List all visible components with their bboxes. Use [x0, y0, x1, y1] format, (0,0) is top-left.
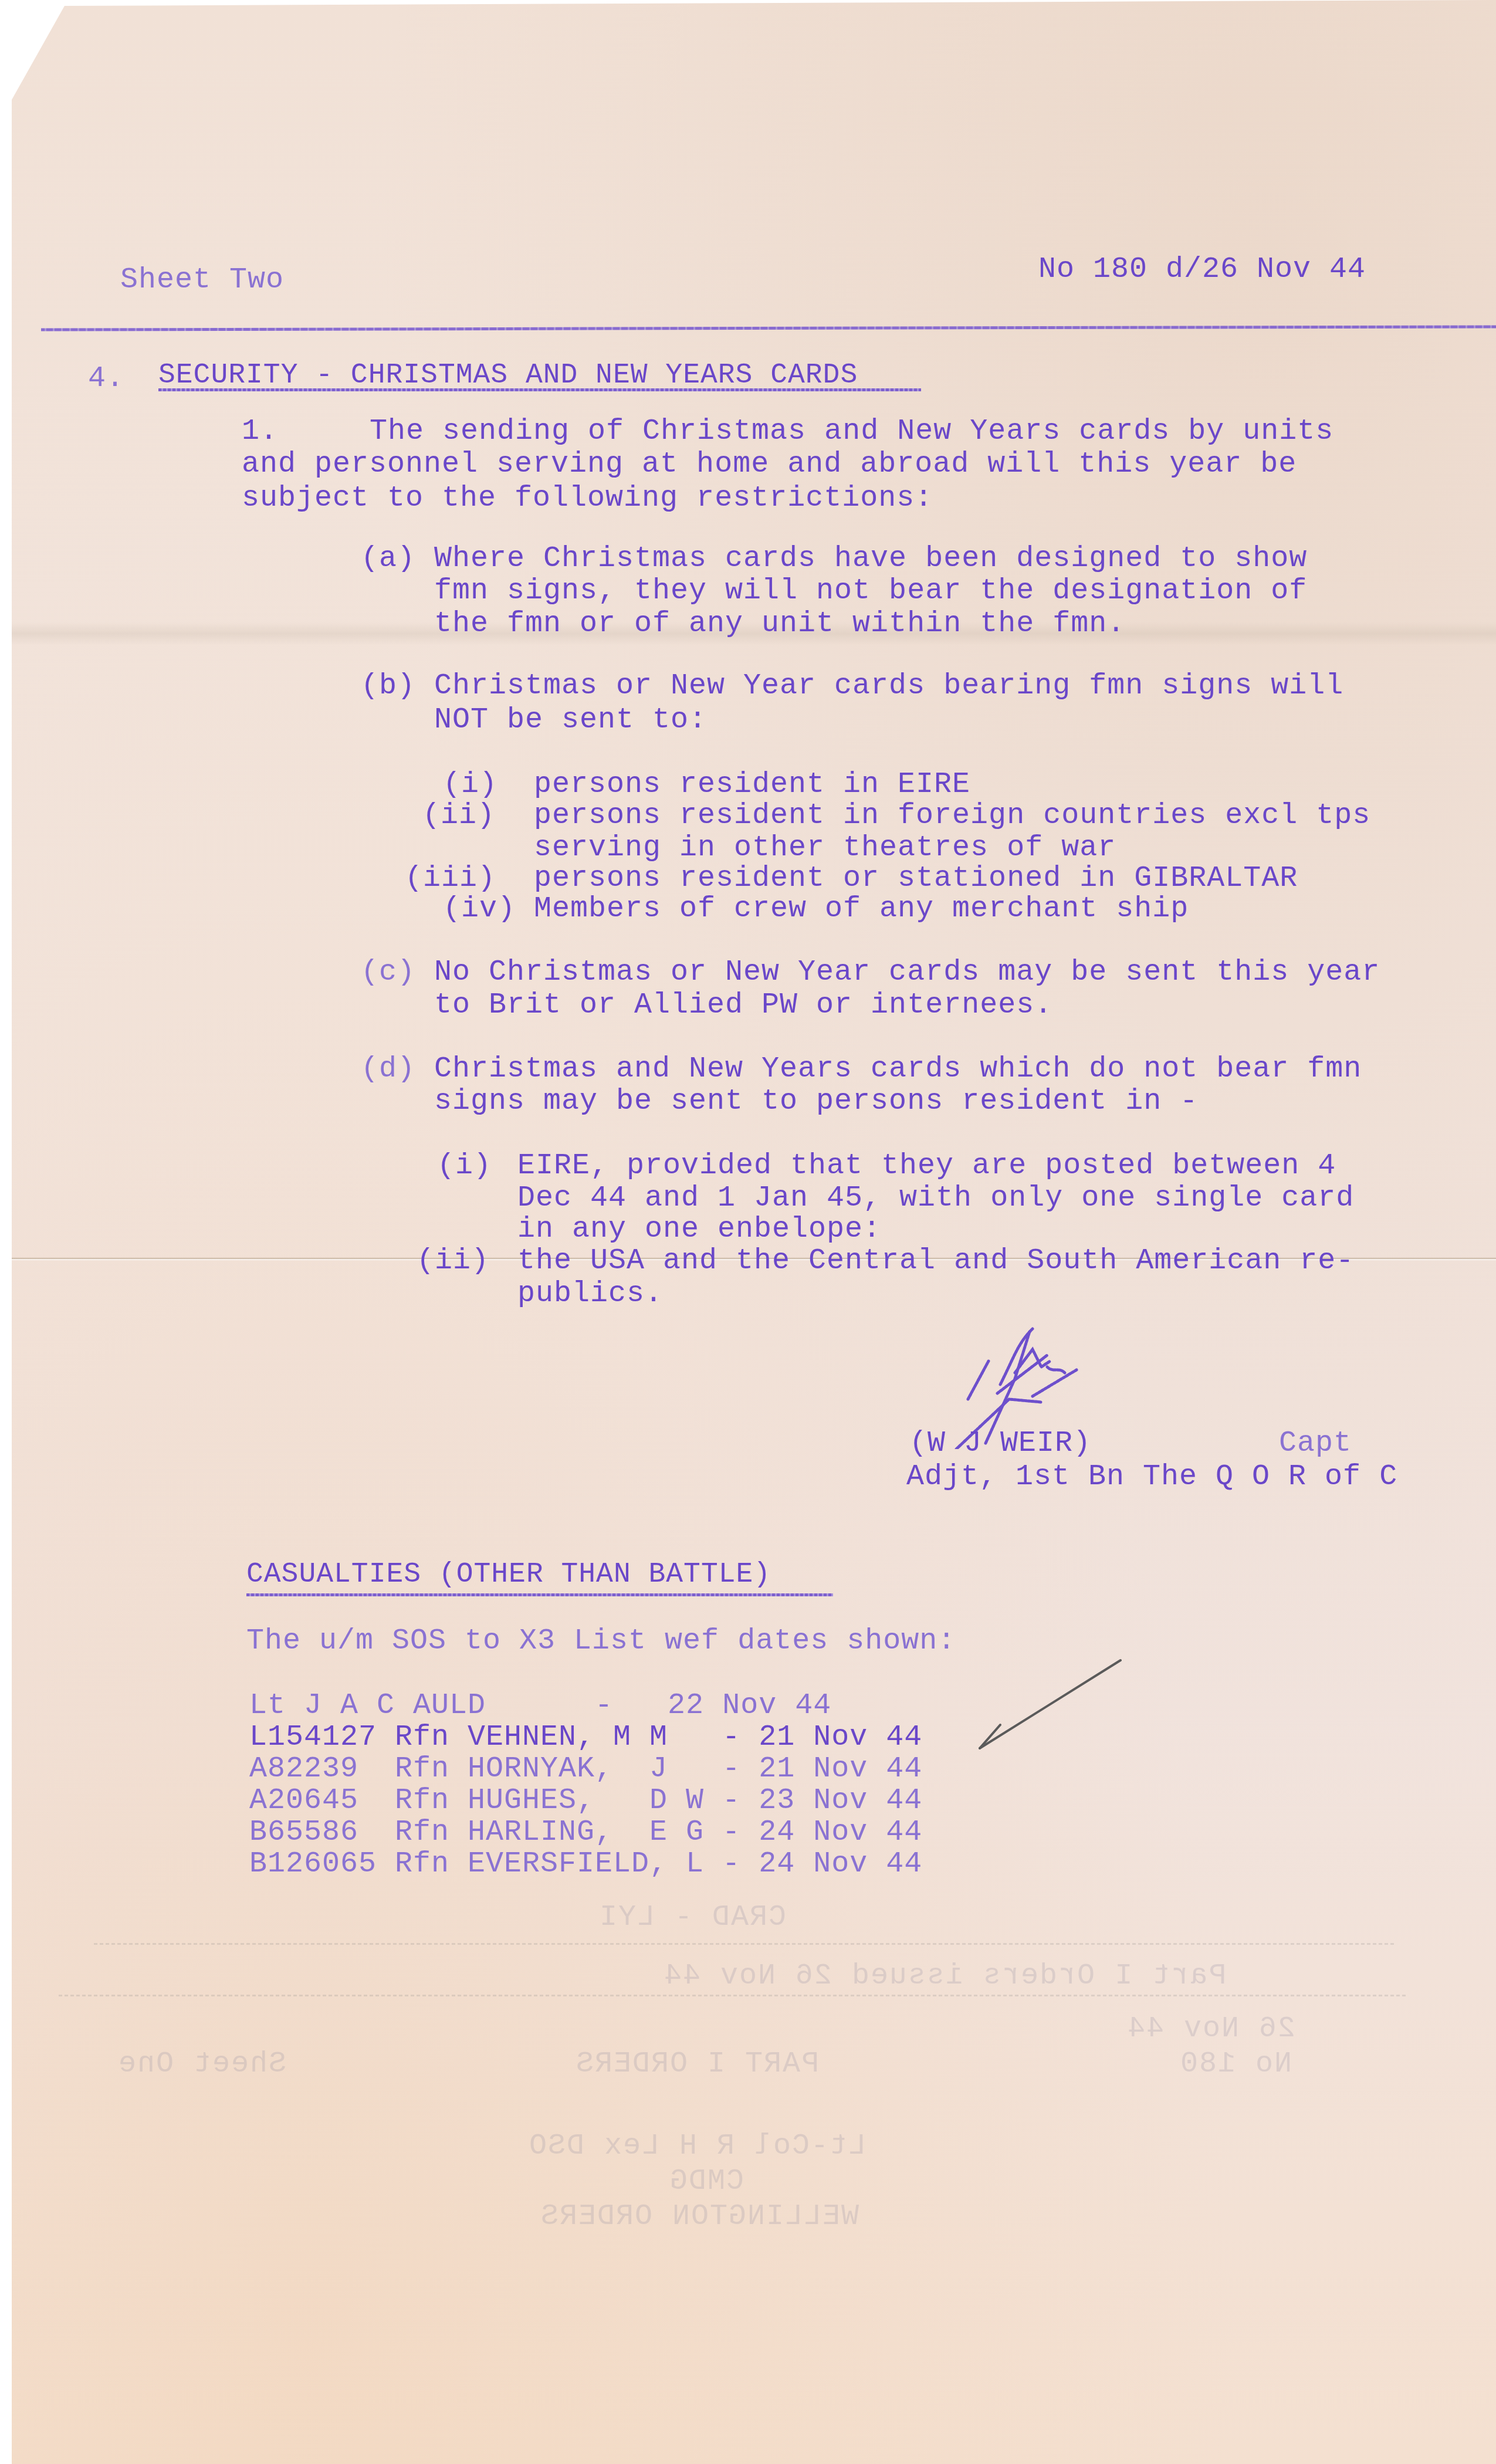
- item-d-i-text: EIRE, provided that they are posted betw…: [517, 1150, 1336, 1183]
- section-number: 4.: [88, 363, 124, 395]
- item-b-iv-label: (iv): [443, 893, 516, 926]
- item-d-ii-text: the USA and the Central and South Americ…: [517, 1245, 1354, 1278]
- item-c-line: No Christmas or New Year cards may be se…: [434, 956, 1380, 989]
- casualty-row: A82239 Rfn HORNYAK, J - 21 Nov 44: [249, 1753, 922, 1786]
- casualties-title-underline: [246, 1593, 833, 1596]
- casualties-intro: The u/m SOS to X3 List wef dates shown:: [246, 1625, 956, 1658]
- para1-line: subject to the following restrictions:: [242, 482, 933, 515]
- casualties-title: CASUALTIES (OTHER THAN BATTLE): [246, 1558, 771, 1591]
- para1-line: and personnel serving at home and abroad…: [242, 448, 1297, 481]
- item-a-line: Where Christmas cards have been designed…: [434, 543, 1307, 576]
- item-d-ii-text: publics.: [517, 1278, 663, 1311]
- signatory-name: (W J WEIR): [909, 1427, 1091, 1460]
- signatory-rank: Capt: [1279, 1427, 1352, 1460]
- para1-line: The sending of Christmas and New Years c…: [370, 415, 1333, 448]
- item-b-line: NOT be sent to:: [434, 704, 707, 737]
- casualty-row: A20645 Rfn HUGHES, D W - 23 Nov 44: [249, 1785, 922, 1817]
- item-a-label: (a): [361, 543, 415, 576]
- item-c-label: (c): [361, 956, 415, 989]
- casualty-row: B65586 Rfn HARLING, E G - 24 Nov 44: [249, 1816, 922, 1849]
- pencil-arrow-mark: [945, 1643, 1132, 1760]
- item-b-line: Christmas or New Year cards bearing fmn …: [434, 670, 1343, 703]
- document-page: Sheet Two No 180 d/26 Nov 44 4. SECURITY…: [12, 0, 1496, 2464]
- section-title: SECURITY - CHRISTMAS AND NEW YEARS CARDS: [158, 359, 858, 392]
- item-b-ii-text: persons resident in foreign countries ex…: [534, 800, 1370, 832]
- casualty-row: L154127 Rfn VEHNEN, M M - 21 Nov 44: [249, 1721, 922, 1754]
- item-c-line: to Brit or Allied PW or internees.: [434, 989, 1052, 1022]
- casualty-row: Lt J A C AULD - 22 Nov 44: [249, 1690, 831, 1722]
- header-divider: [41, 325, 1496, 331]
- item-d-i-text: Dec 44 and 1 Jan 45, with only one singl…: [517, 1182, 1354, 1215]
- item-b-label: (b): [361, 670, 415, 703]
- item-b-iii-label: (iii): [405, 862, 496, 895]
- item-b-ii-text: serving in other theatres of war: [534, 832, 1116, 865]
- item-a-line: fmn signs, they will not bear the design…: [434, 575, 1307, 608]
- signatory-appointment: Adjt, 1st Bn The Q O R of C: [906, 1461, 1397, 1494]
- item-d-ii-label: (ii): [417, 1245, 489, 1278]
- item-a-line: the fmn or of any unit within the fmn.: [434, 608, 1125, 641]
- item-b-i-label: (i): [443, 769, 497, 801]
- item-d-label: (d): [361, 1053, 415, 1086]
- item-b-i-text: persons resident in EIRE: [534, 769, 970, 801]
- casualty-row: B126065 Rfn EVERSFIELD, L - 24 Nov 44: [249, 1848, 922, 1881]
- item-d-i-text: in any one enbelope:: [517, 1213, 881, 1246]
- order-reference: No 180 d/26 Nov 44: [1038, 253, 1366, 286]
- item-d-i-label: (i): [437, 1150, 492, 1183]
- item-b-ii-label: (ii): [422, 800, 495, 832]
- para1-number: 1.: [242, 415, 278, 448]
- section-title-underline: [158, 388, 921, 391]
- item-b-iv-text: Members of crew of any merchant ship: [534, 893, 1189, 926]
- item-d-line: Christmas and New Years cards which do n…: [434, 1053, 1362, 1086]
- item-b-iii-text: persons resident or stationed in GIBRALT…: [534, 862, 1298, 895]
- item-d-line: signs may be sent to persons resident in…: [434, 1085, 1198, 1118]
- sheet-label: Sheet Two: [120, 264, 284, 297]
